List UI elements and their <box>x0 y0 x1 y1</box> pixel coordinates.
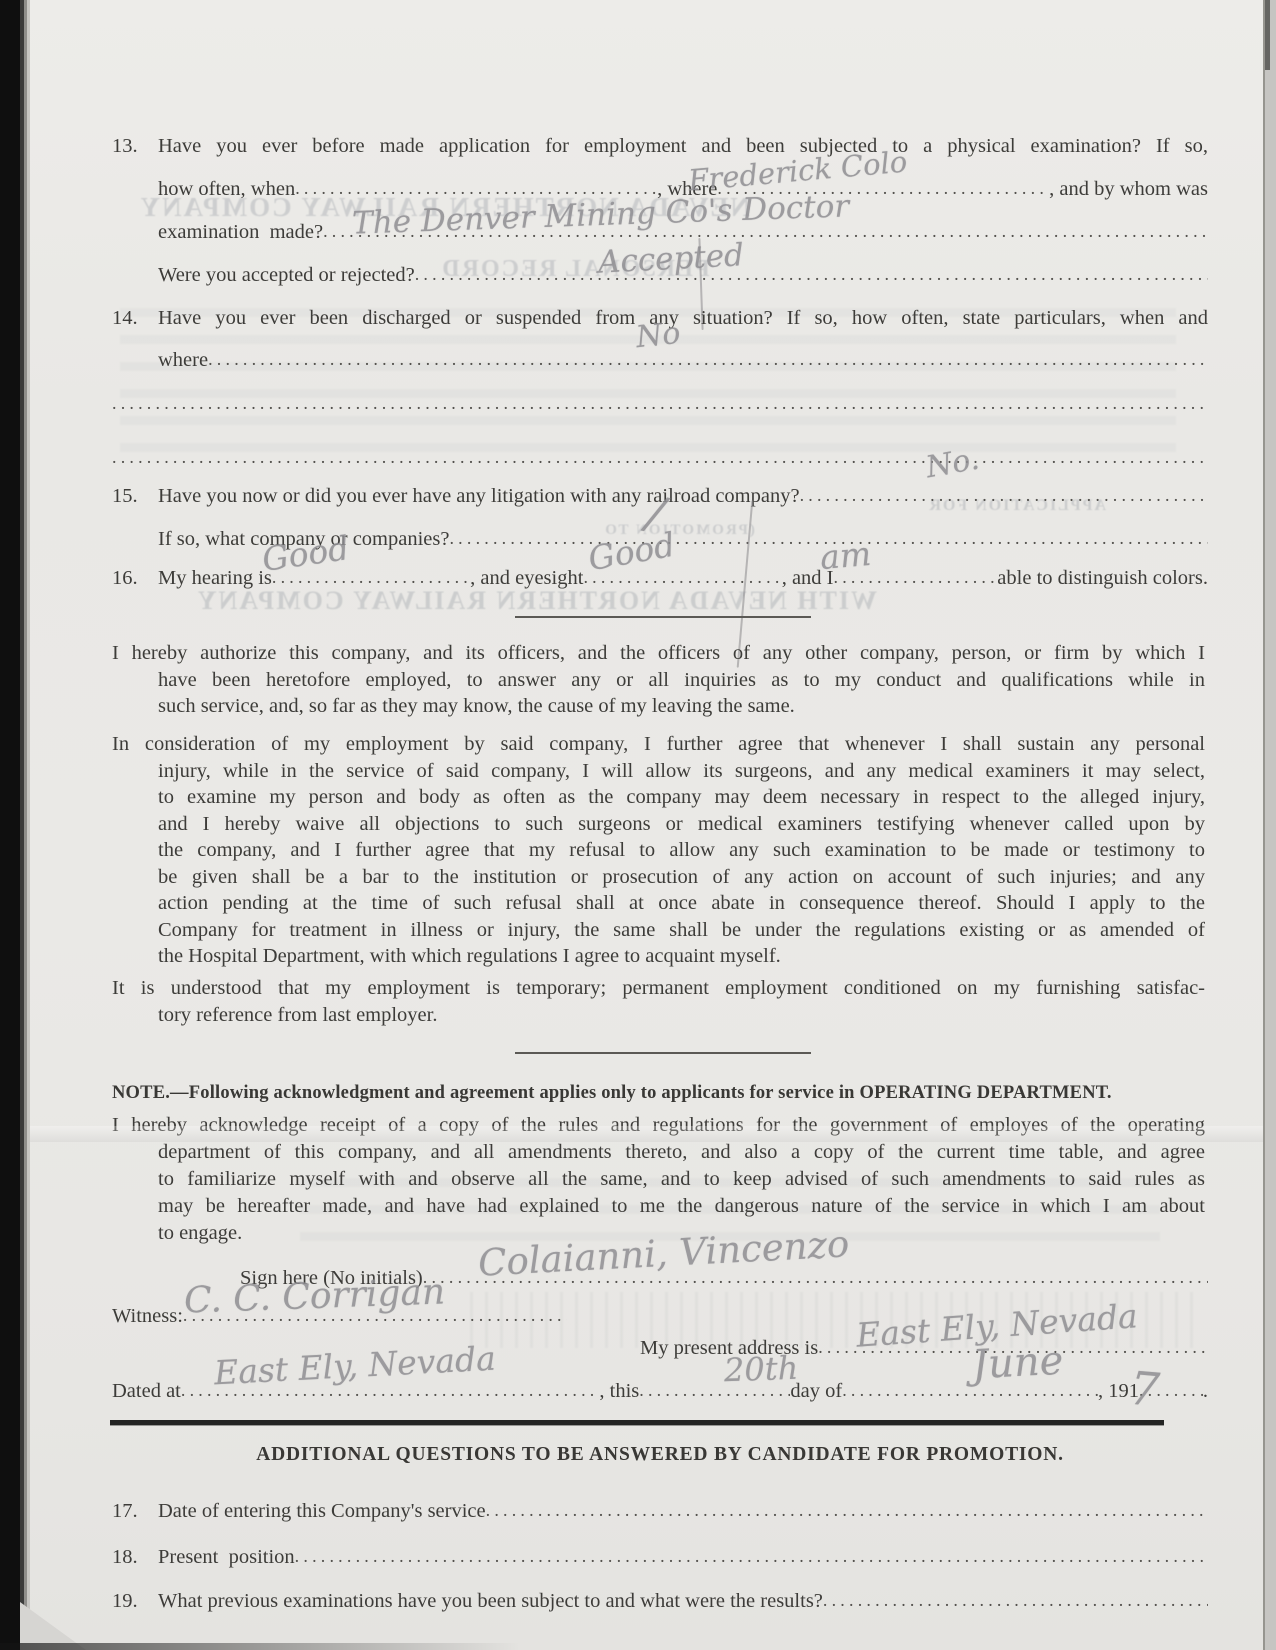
handwritten-day: 20th <box>723 1349 798 1390</box>
question-13-line-1: 13. Have you ever before made applicatio… <box>112 134 1208 158</box>
answer-blank-continuation: ........................................… <box>112 391 1208 415</box>
handwritten-answer-litigation: No. <box>923 442 982 486</box>
question-16-number: 16. <box>112 566 158 590</box>
paragraph-line: have been heretofore employed, to answer… <box>158 667 1205 694</box>
paragraph-line: tory reference from last employer. <box>158 1002 1205 1029</box>
scan-bottom-edge-shadow <box>0 1643 520 1650</box>
handwritten-answer-discharged: No <box>634 316 682 355</box>
hearing-label: My hearing is <box>158 566 272 590</box>
paragraph-line: be given shall be a bar to the instituti… <box>158 864 1205 891</box>
question-15-number: 15. <box>112 484 158 508</box>
paragraph-line: to familiarize myself with and observe a… <box>158 1166 1205 1193</box>
answer-blank-litigation: ........................................… <box>800 483 1208 507</box>
operating-department-note: NOTE.—Following acknowledgment and agree… <box>112 1083 1112 1104</box>
scanned-document-page: NEVADA NORTHERN RAILWAY COMPANY PERSONAL… <box>0 0 1276 1650</box>
question-14-number: 14. <box>112 306 158 330</box>
paragraph-line: the company, and I further agree that my… <box>158 837 1205 864</box>
paragraph-line: action pending at the time of such refus… <box>158 890 1205 917</box>
where-label: where <box>158 348 208 372</box>
by-whom-label: , and by whom was <box>1049 177 1208 201</box>
exam-made-label: examination made? <box>158 220 323 244</box>
scan-left-edge <box>0 0 30 1650</box>
question-18-number: 18. <box>112 1545 158 1569</box>
question-18-line: 18. Present position ...................… <box>112 1545 1208 1569</box>
authorization-paragraph: I hereby authorize this company, and its… <box>158 640 1205 720</box>
answer-blank-discharged: ........................................… <box>208 347 1208 371</box>
section-divider-rule <box>515 1052 811 1054</box>
bleed-through-with-company: WITH NEVADA NORTHERN RAILWAY COMPANY <box>232 586 877 616</box>
temporary-employment-paragraph: It is understood that my employment is t… <box>158 975 1205 1028</box>
question-14-text: Have you ever been discharged or suspend… <box>158 306 1208 330</box>
answer-blank-q17: ........................................… <box>486 1498 1208 1522</box>
paragraph-line: to examine my person and body as often a… <box>158 784 1205 811</box>
promotion-section-heading: ADDITIONAL QUESTIONS TO BE ANSWERED BY C… <box>112 1444 1208 1466</box>
scan-right-edge <box>1263 0 1276 1650</box>
handwritten-month: June <box>971 1338 1065 1389</box>
paragraph-line: the Hospital Department, with which regu… <box>158 943 1205 970</box>
scan-top-right-mark <box>1265 0 1270 70</box>
paragraph-line: It is understood that my employment is t… <box>112 975 1205 1002</box>
question-18-text: Present position <box>158 1545 295 1569</box>
question-17-text: Date of entering this Company's service <box>158 1499 486 1523</box>
answer-blank-continuation: ........................................… <box>112 445 1208 469</box>
colors-label: able to distinguish colors. <box>997 566 1208 590</box>
end-period: . <box>1203 1379 1208 1403</box>
handwritten-year-digit: 7 <box>1128 1361 1162 1417</box>
answer-blank-accepted: ........................................… <box>415 262 1208 286</box>
blank-dotted-row: ........................................… <box>112 446 1208 470</box>
handwritten-answer-accepted: Accepted <box>597 237 745 281</box>
question-13-number: 13. <box>112 134 158 158</box>
this-label: , this <box>599 1379 639 1403</box>
question-19-text: What previous examinations have you been… <box>158 1589 823 1613</box>
question-19-line: 19. What previous examinations have you … <box>112 1589 1208 1613</box>
dated-at-label: Dated at <box>112 1379 181 1403</box>
accepted-rejected-label: Were you accepted or rejected? <box>158 263 415 287</box>
section-separator-bar <box>110 1420 1164 1425</box>
section-divider-rule <box>515 616 811 618</box>
how-often-label: how often, when <box>158 177 295 201</box>
paper-fold-crease <box>0 1126 1276 1142</box>
consideration-paragraph: In consideration of my employment by sai… <box>158 731 1205 970</box>
handwritten-answer-able: am <box>818 534 872 577</box>
question-17-number: 17. <box>112 1499 158 1523</box>
blank-dotted-row: ........................................… <box>112 392 1208 416</box>
paragraph-line: such service, and, so far as they may kn… <box>158 693 1205 720</box>
question-19-number: 19. <box>112 1589 158 1613</box>
question-17-line: 17. Date of entering this Company's serv… <box>112 1499 1208 1523</box>
question-14-line-2: where ..................................… <box>158 348 1208 372</box>
answer-blank-q19: ........................................… <box>823 1588 1208 1612</box>
answer-blank-q18: ........................................… <box>295 1544 1208 1568</box>
paragraph-line: department of this company, and all amen… <box>158 1139 1205 1166</box>
paragraph-line: may be hereafter made, and have had expl… <box>158 1193 1205 1220</box>
witness-label: Witness: <box>112 1304 183 1328</box>
paragraph-line: In consideration of my employment by sai… <box>112 731 1205 758</box>
question-15-text: Have you now or did you ever have any li… <box>158 484 800 508</box>
eyesight-label: , and eyesight <box>470 566 583 590</box>
paragraph-line: Company for treatment in illness or inju… <box>158 917 1205 944</box>
paragraph-line: and I hereby waive all objections to suc… <box>158 811 1205 838</box>
question-13-text: Have you ever before made application fo… <box>158 134 1208 158</box>
paragraph-line: injury, while in the service of said com… <box>158 758 1205 785</box>
paragraph-line: I hereby authorize this company, and its… <box>112 640 1205 667</box>
